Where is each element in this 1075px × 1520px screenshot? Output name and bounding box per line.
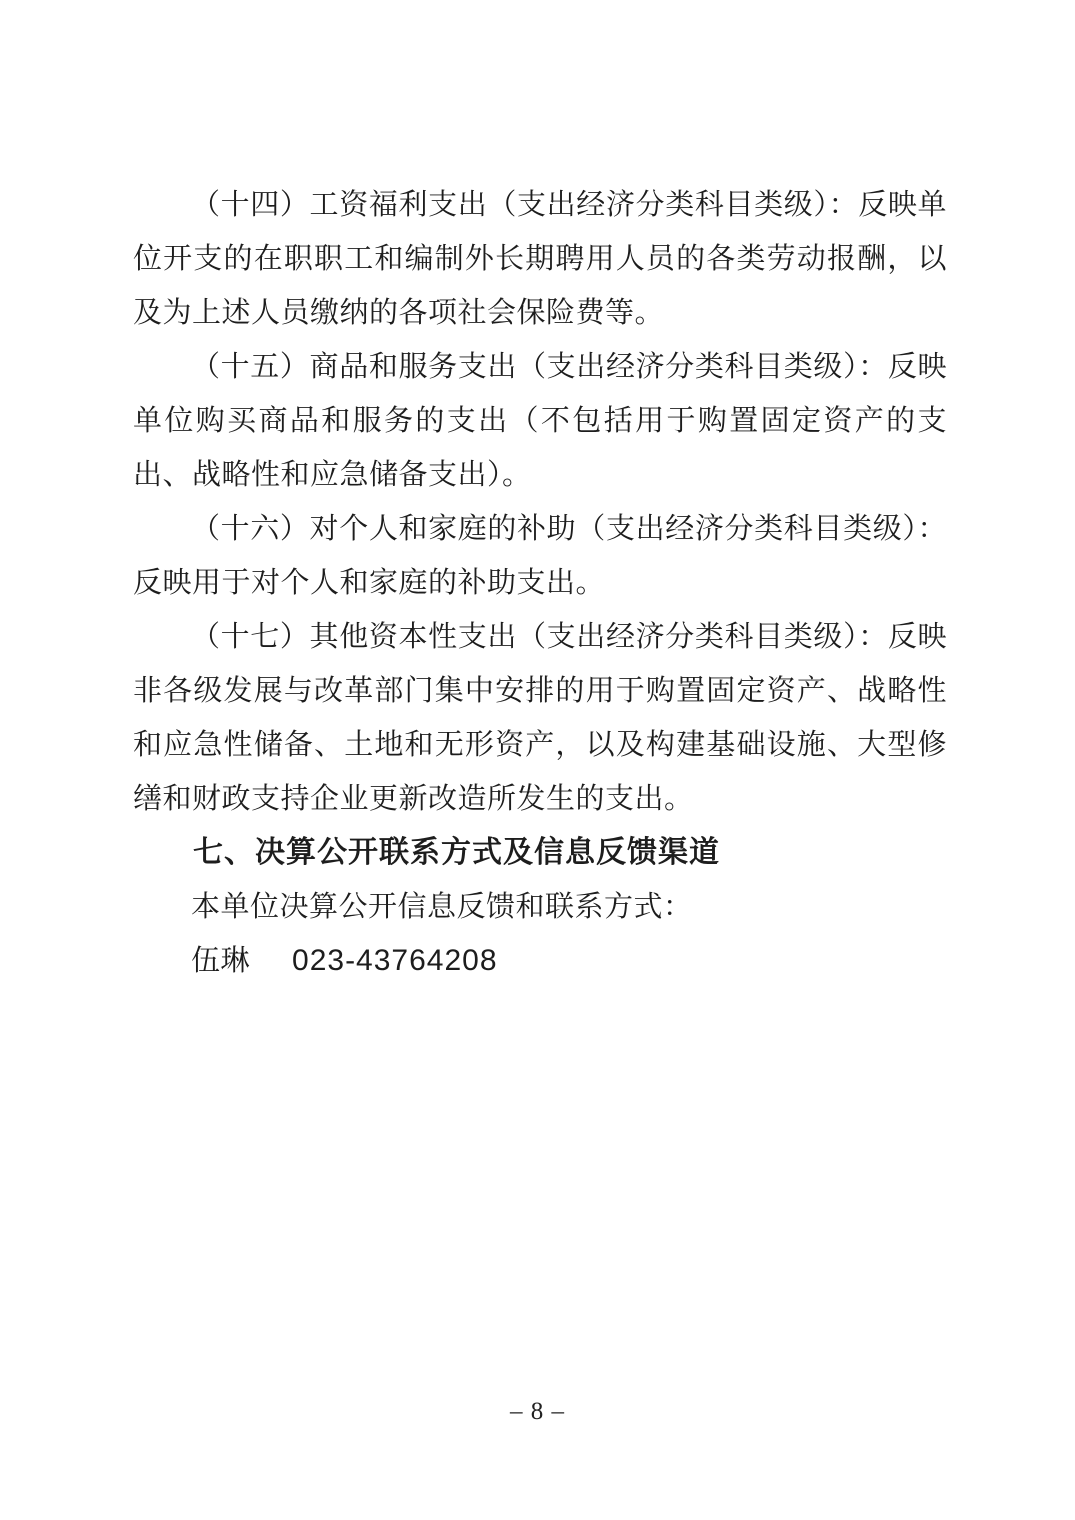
contact-phone: 023-43764208 (292, 944, 498, 977)
contact-line: 伍琳023-43764208 (133, 934, 947, 988)
paragraph-item-15: （十五）商品和服务支出（支出经济分类科目类级）：反映单位购买商品和服务的支出（不… (133, 340, 947, 502)
paragraph-item-16: （十六）对个人和家庭的补助（支出经济分类科目类级）：反映用于对个人和家庭的补助支… (133, 502, 947, 610)
section-heading: 七、决算公开联系方式及信息反馈渠道 (133, 826, 947, 880)
document-page: （十四）工资福利支出（支出经济分类科目类级）：反映单位开支的在职职工和编制外长期… (0, 0, 1075, 1520)
paragraph-item-17: （十七）其他资本性支出（支出经济分类科目类级）：反映非各级发展与改革部门集中安排… (133, 610, 947, 826)
contact-name: 伍琳 (191, 945, 250, 977)
document-body: （十四）工资福利支出（支出经济分类科目类级）：反映单位开支的在职职工和编制外长期… (133, 178, 947, 988)
page-number: – 8 – (0, 1398, 1075, 1426)
paragraph-item-14: （十四）工资福利支出（支出经济分类科目类级）：反映单位开支的在职职工和编制外长期… (133, 178, 947, 340)
contact-intro: 本单位决算公开信息反馈和联系方式： (133, 880, 947, 934)
